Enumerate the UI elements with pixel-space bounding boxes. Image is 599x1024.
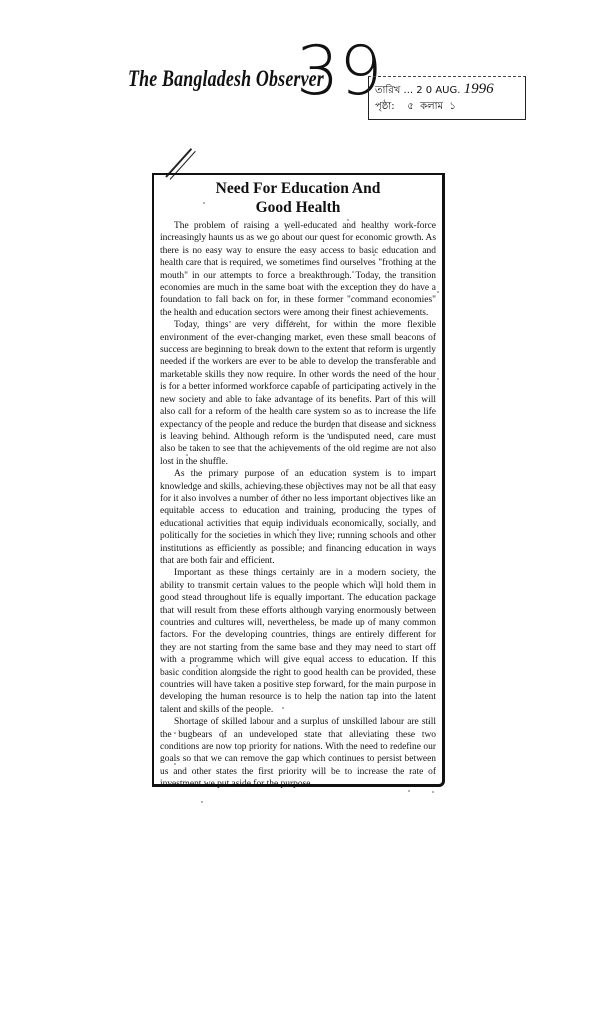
scan-speck — [282, 707, 284, 709]
article-paragraph: Today, things are very different, for wi… — [160, 319, 436, 468]
scan-speck — [327, 433, 329, 435]
scan-speck — [174, 763, 176, 765]
headline-line-1: Need For Education And — [216, 180, 381, 197]
scan-speck — [297, 529, 299, 531]
article-headline: Need For Education And Good Health — [160, 179, 436, 217]
scan-speck — [352, 350, 354, 352]
newspaper-clipping: Need For Education And Good Health The p… — [152, 173, 445, 787]
stamp-page-value: ৫ — [407, 101, 414, 112]
archive-date-stamp: তারিখ ... 2 0 AUG. 1996 পৃষ্ঠা: ৫ কলাম ১ — [368, 76, 526, 120]
article-paragraph: Shortage of skilled labour and a surplus… — [160, 716, 436, 790]
stamp-date-label: তারিখ ... — [375, 85, 413, 96]
scan-speck — [284, 319, 286, 321]
scan-speck — [203, 202, 205, 204]
scan-speck — [352, 271, 354, 273]
scan-speck — [196, 665, 198, 667]
scan-speck — [222, 736, 224, 738]
headline-line-2: Good Health — [256, 199, 341, 216]
stamp-page-row: পৃষ্ঠা: ৫ কলাম ১ — [375, 99, 456, 116]
scan-speck — [437, 378, 439, 380]
scan-speck — [378, 588, 380, 590]
scan-speck — [231, 661, 233, 663]
stamp-page-label: পৃষ্ঠা: — [375, 101, 395, 112]
stamp-date-row: তারিখ ... 2 0 AUG. 1996 — [375, 81, 494, 100]
scan-speck — [276, 522, 278, 524]
stamp-column-value: ১ — [449, 101, 456, 112]
scan-speck — [408, 790, 410, 792]
scan-speck — [283, 494, 285, 496]
stamp-column-label: কলাম — [420, 101, 443, 112]
scan-speck — [428, 721, 430, 723]
article-body: The problem of raising a well-educated a… — [160, 220, 436, 791]
scan-speck — [285, 228, 287, 230]
article-paragraph: Important as these things certainly are … — [160, 567, 436, 716]
stamp-year: 1996 — [464, 81, 494, 97]
stamp-date-value: 2 0 AUG. — [416, 85, 460, 96]
scan-speck — [331, 427, 333, 429]
scan-speck — [201, 801, 203, 803]
scan-speck — [185, 326, 187, 328]
publication-masthead: The Bangladesh Observer — [128, 66, 324, 92]
article-paragraph: As the primary purpose of an education s… — [160, 468, 436, 567]
scan-speck — [318, 482, 320, 484]
scan-speck — [256, 394, 258, 396]
scan-speck — [437, 291, 439, 293]
article-paragraph: The problem of raising a well-educated a… — [160, 220, 436, 319]
scan-speck — [432, 791, 434, 793]
